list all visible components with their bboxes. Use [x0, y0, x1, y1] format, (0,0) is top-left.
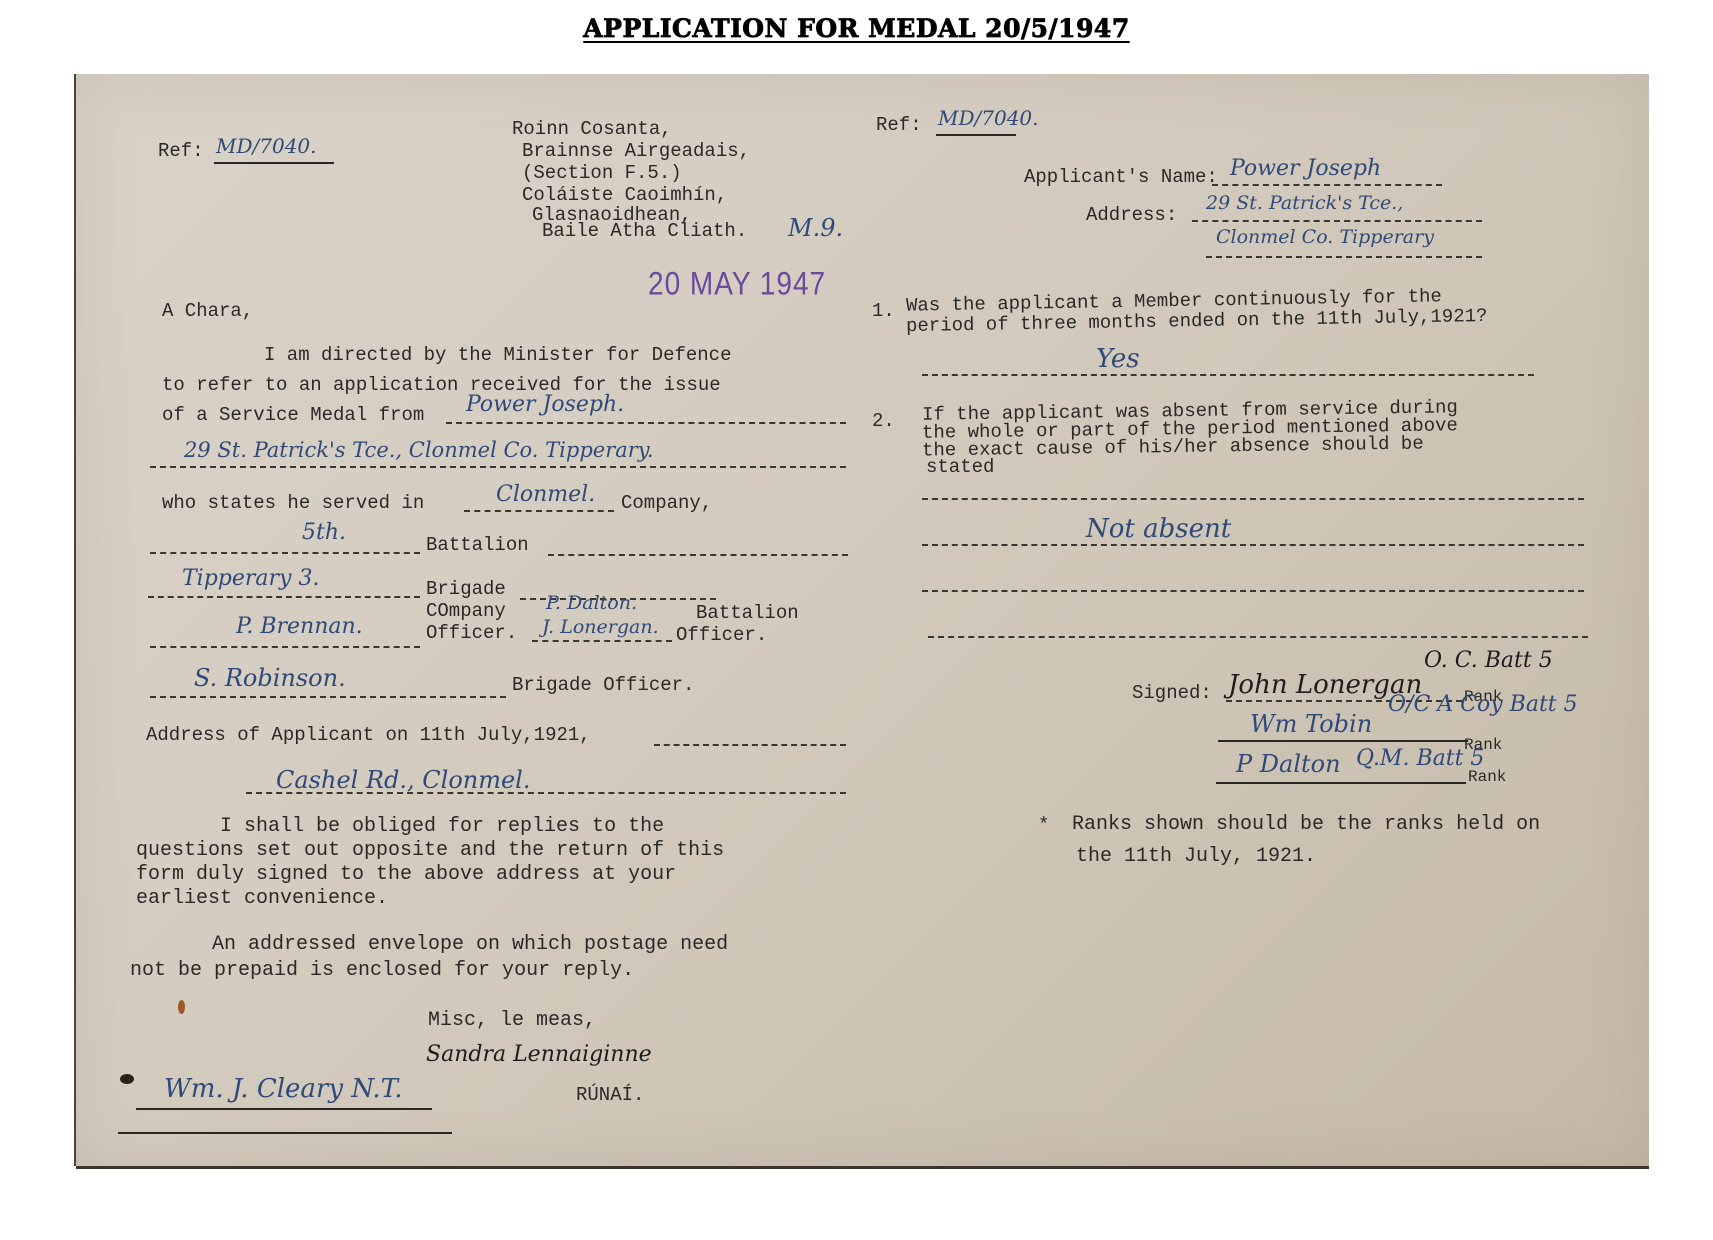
underline: [928, 636, 1588, 638]
underline: [1216, 782, 1466, 784]
ref-value: MD/7040.: [938, 106, 1039, 130]
company-officer-field: P. Brennan.: [236, 614, 363, 639]
paper-stain: [178, 1000, 185, 1014]
battalion-field: 5th.: [302, 520, 346, 545]
brigade-officer-label: Brigade Officer.: [512, 674, 694, 696]
q2-answer-field: Not absent: [1086, 514, 1231, 544]
paper-edge: [76, 1166, 1649, 1169]
footnote-text: Ranks shown should be the ranks held on: [1072, 814, 1540, 836]
signature-rank: Q.M. Batt 5: [1356, 746, 1484, 771]
underline: [150, 696, 506, 698]
underline: [150, 646, 420, 648]
underline: [446, 422, 846, 424]
address-field: 29 St. Patrick's Tce.,: [1206, 192, 1403, 214]
signature-rank: O. C. Batt 5: [1424, 648, 1553, 673]
address-1921-field: Cashel Rd., Clonmel.: [276, 766, 530, 794]
salutation: A Chara,: [162, 300, 253, 322]
underline: [150, 552, 420, 554]
recipient-signature: Wm. J. Cleary N.T.: [164, 1074, 402, 1104]
company-label: Company,: [621, 492, 712, 514]
ref-label: Ref:: [876, 114, 922, 136]
body-line: I am directed by the Minister for Defenc…: [264, 344, 731, 366]
letterhead-line: Roinn Cosanta,: [512, 118, 672, 140]
signature-rank: O/C A Coy Batt 5: [1388, 692, 1578, 717]
address-field: Clonmel Co. Tipperary: [1216, 226, 1434, 248]
ref-label: Ref:: [158, 140, 204, 162]
underline: [150, 466, 846, 468]
paragraph-line: questions set out opposite and the retur…: [136, 840, 724, 862]
battalion-label: Battalion: [426, 534, 529, 556]
brigade-label: Brigade: [426, 578, 506, 600]
underline: [464, 510, 614, 512]
signed-label: Signed:: [1132, 682, 1212, 704]
battalion-officer-label: Officer.: [676, 624, 767, 646]
question-number: 1.: [872, 300, 895, 322]
rank-label: Rank: [1468, 766, 1506, 788]
paragraph-line: form duly signed to the above address at…: [136, 864, 676, 886]
underline: [922, 544, 1584, 546]
body-line: to refer to an application received for …: [162, 374, 721, 396]
underline: [1212, 184, 1442, 186]
underline: [922, 498, 1584, 500]
letterhead-line: (Section F.5.): [522, 162, 682, 184]
paper-stain: [120, 1074, 134, 1084]
applicant-name-field: Power Joseph: [1230, 156, 1381, 181]
applicant-address-field: 29 St. Patrick's Tce., Clonmel Co. Tippe…: [184, 438, 654, 462]
underline: [1206, 256, 1482, 258]
served-in-label: who states he served in: [162, 492, 424, 514]
underline: [922, 374, 1534, 376]
secretary-signature: Sandra Lennaiginne: [426, 1042, 652, 1067]
letterhead-line: Baile Atha Cliath.: [542, 220, 747, 242]
paragraph-line: earliest convenience.: [136, 888, 388, 910]
signature-name: P Dalton: [1236, 750, 1341, 778]
underline: [246, 792, 846, 794]
signature-line: [118, 1132, 452, 1134]
handwritten-note: M.9.: [788, 214, 843, 242]
ref-value: MD/7040.: [216, 134, 317, 158]
letterhead-line: Coláiste Caoimhín,: [522, 184, 727, 206]
ref-underline: [936, 134, 1016, 136]
address-1921-label: Address of Applicant on 11th July,1921,: [146, 724, 591, 746]
footnote-text: the 11th July, 1921.: [1076, 846, 1316, 868]
letterhead-line: Brainnse Airgeadais,: [522, 140, 750, 162]
body-line: of a Service Medal from: [162, 404, 424, 426]
applicant-name-field: Power Joseph.: [466, 392, 624, 417]
secretary-title: RÚNAÍ.: [576, 1084, 644, 1106]
question-number: 2.: [872, 410, 895, 432]
page-title: APPLICATION FOR MEDAL 20/5/1947: [0, 14, 1713, 43]
paragraph-line: not be prepaid is enclosed for your repl…: [130, 960, 634, 982]
underline: [654, 744, 846, 746]
underline: [548, 554, 848, 556]
brigade-field: Tipperary 3.: [182, 566, 319, 591]
battalion-officer-field: J. Lonergan.: [542, 616, 659, 638]
company-officer-label: Officer.: [426, 622, 517, 644]
signature-line: [136, 1108, 432, 1110]
q1-answer-field: Yes: [1096, 344, 1140, 374]
footnote-marker: *: [1038, 814, 1049, 836]
signature-name: Wm Tobin: [1250, 710, 1372, 738]
underline: [1218, 740, 1468, 742]
underline: [922, 590, 1584, 592]
underline: [532, 640, 672, 642]
company-field: Clonmel.: [496, 482, 595, 507]
address-label: Address:: [1086, 204, 1177, 226]
brigade-officer-field: S. Robinson.: [194, 664, 346, 692]
applicant-name-label: Applicant's Name:: [1024, 166, 1218, 188]
document-paper: Ref: MD/7040. Roinn Cosanta, Brainnse Ai…: [74, 74, 1649, 1166]
date-stamp: 20 MAY 1947: [648, 266, 826, 303]
question-text: stated: [926, 456, 994, 478]
paragraph-line: An addressed envelope on which postage n…: [212, 934, 728, 956]
underline: [1192, 220, 1482, 222]
paragraph-line: I shall be obliged for replies to the: [220, 816, 664, 838]
ref-underline: [214, 162, 334, 164]
battalion-officer-field: P. Dalton.: [546, 592, 637, 614]
underline: [148, 596, 420, 598]
closing: Misc, le meas,: [428, 1010, 596, 1032]
company-officer-label: COmpany: [426, 600, 506, 622]
battalion-officer-label: Battalion: [696, 602, 799, 624]
